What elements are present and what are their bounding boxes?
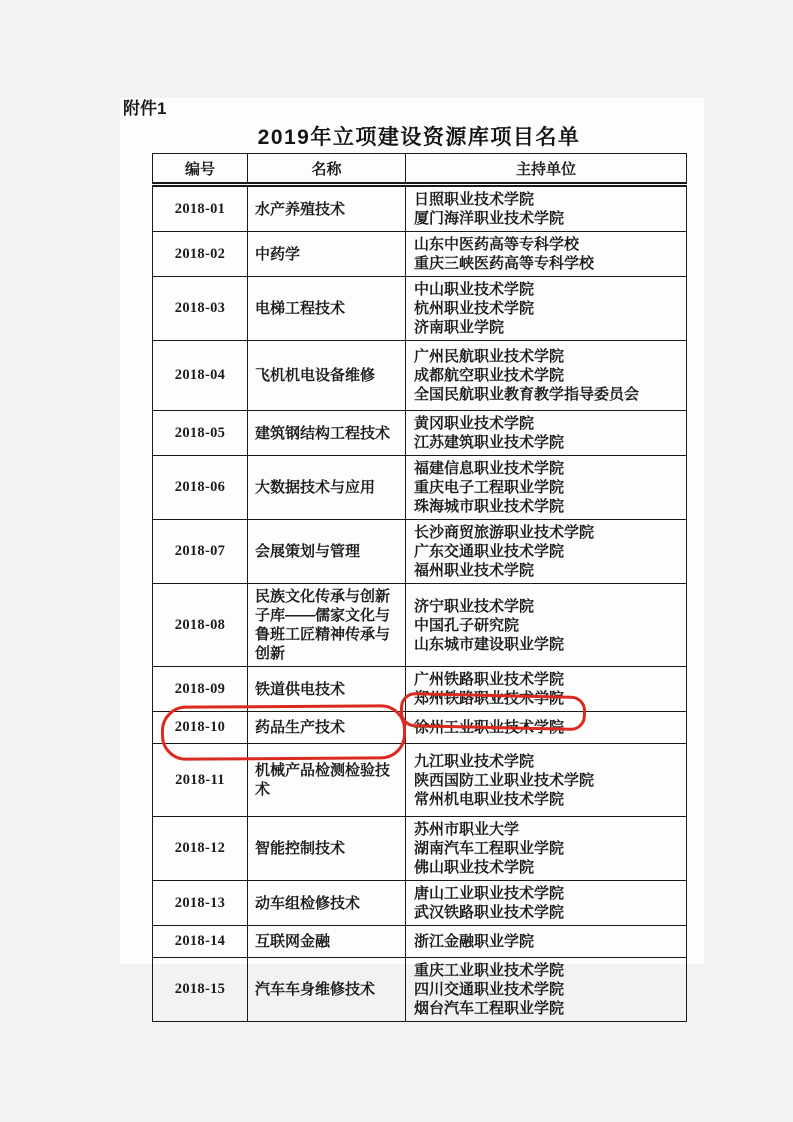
host-units: 长沙商贸旅游职业技术学院 广东交通职业技术学院 福州职业技术学院 <box>406 520 687 584</box>
document-page: 附件1 2019年立项建设资源库项目名单 编号 名称 主持单位 2018-01 … <box>120 98 704 964</box>
project-name: 飞机机电设备维修 <box>248 341 406 411</box>
host-units: 重庆工业职业技术学院 四川交通职业技术学院 烟台汽车工程职业学院 <box>406 958 687 1022</box>
project-name: 大数据技术与应用 <box>248 456 406 520</box>
project-name: 水产养殖技术 <box>248 185 406 232</box>
table-row: 2018-15 汽车车身维修技术 重庆工业职业技术学院 四川交通职业技术学院 烟… <box>153 958 687 1022</box>
scanned-document: 附件1 2019年立项建设资源库项目名单 编号 名称 主持单位 2018-01 … <box>0 0 793 1122</box>
host-units: 山东中医药高等专科学校 重庆三峡医药高等专科学校 <box>406 232 687 277</box>
table-row: 2018-10 药品生产技术 徐州工业职业技术学院 <box>153 712 687 744</box>
host-units: 中山职业技术学院 杭州职业技术学院 济南职业学院 <box>406 277 687 341</box>
table-row: 2018-12 智能控制技术 苏州市职业大学 湖南汽车工程职业学院 佛山职业技术… <box>153 817 687 881</box>
host-units: 广州铁路职业技术学院 郑州铁路职业技术学院 <box>406 667 687 712</box>
host-units: 九江职业技术学院 陕西国防工业职业技术学院 常州机电职业技术学院 <box>406 744 687 817</box>
table-row: 2018-03 电梯工程技术 中山职业技术学院 杭州职业技术学院 济南职业学院 <box>153 277 687 341</box>
project-id: 2018-04 <box>153 341 248 411</box>
project-id: 2018-02 <box>153 232 248 277</box>
table-row: 2018-14 互联网金融 浙江金融职业学院 <box>153 926 687 958</box>
host-units: 日照职业技术学院 厦门海洋职业技术学院 <box>406 185 687 232</box>
host-units: 广州民航职业技术学院 成都航空职业技术学院 全国民航职业教育教学指导委员会 <box>406 341 687 411</box>
project-name: 智能控制技术 <box>248 817 406 881</box>
project-id: 2018-15 <box>153 958 248 1022</box>
project-id: 2018-13 <box>153 881 248 926</box>
project-id: 2018-14 <box>153 926 248 958</box>
project-id: 2018-10 <box>153 712 248 744</box>
project-name: 互联网金融 <box>248 926 406 958</box>
project-id: 2018-01 <box>153 185 248 232</box>
project-id: 2018-03 <box>153 277 248 341</box>
document-title: 2019年立项建设资源库项目名单 <box>152 121 686 151</box>
table-row: 2018-08 民族文化传承与创新子库——儒家文化与鲁班工匠精神传承与创新 济宁… <box>153 584 687 667</box>
host-units: 浙江金融职业学院 <box>406 926 687 958</box>
project-id: 2018-09 <box>153 667 248 712</box>
project-id: 2018-11 <box>153 744 248 817</box>
table-row: 2018-09 铁道供电技术 广州铁路职业技术学院 郑州铁路职业技术学院 <box>153 667 687 712</box>
host-units: 苏州市职业大学 湖南汽车工程职业学院 佛山职业技术学院 <box>406 817 687 881</box>
attachment-label: 附件1 <box>123 94 166 119</box>
table-row: 2018-04 飞机机电设备维修 广州民航职业技术学院 成都航空职业技术学院 全… <box>153 341 687 411</box>
project-id: 2018-08 <box>153 584 248 667</box>
project-name: 铁道供电技术 <box>248 667 406 712</box>
project-name: 电梯工程技术 <box>248 277 406 341</box>
project-name: 药品生产技术 <box>248 712 406 744</box>
project-name: 建筑钢结构工程技术 <box>248 411 406 456</box>
project-name: 会展策划与管理 <box>248 520 406 584</box>
table-row: 2018-07 会展策划与管理 长沙商贸旅游职业技术学院 广东交通职业技术学院 … <box>153 520 687 584</box>
project-table: 编号 名称 主持单位 2018-01 水产养殖技术 日照职业技术学院 厦门海洋职… <box>152 153 687 1022</box>
project-name: 汽车车身维修技术 <box>248 958 406 1022</box>
table-row: 2018-06 大数据技术与应用 福建信息职业技术学院 重庆电子工程职业学院 珠… <box>153 456 687 520</box>
host-units: 徐州工业职业技术学院 <box>406 712 687 744</box>
project-name: 机械产品检测检验技术 <box>248 744 406 817</box>
header-id: 编号 <box>153 154 248 185</box>
host-units: 济宁职业技术学院 中国孔子研究院 山东城市建设职业学院 <box>406 584 687 667</box>
host-units: 唐山工业职业技术学院 武汉铁路职业技术学院 <box>406 881 687 926</box>
project-id: 2018-05 <box>153 411 248 456</box>
host-units: 黄冈职业技术学院 江苏建筑职业技术学院 <box>406 411 687 456</box>
table-header-row: 编号 名称 主持单位 <box>153 154 687 185</box>
table-row-highlighted: 2018-11 机械产品检测检验技术 九江职业技术学院 陕西国防工业职业技术学院… <box>153 744 687 817</box>
header-name: 名称 <box>248 154 406 185</box>
host-units: 福建信息职业技术学院 重庆电子工程职业学院 珠海城市职业技术学院 <box>406 456 687 520</box>
project-id: 2018-06 <box>153 456 248 520</box>
project-name: 动车组检修技术 <box>248 881 406 926</box>
project-id: 2018-12 <box>153 817 248 881</box>
table-row: 2018-05 建筑钢结构工程技术 黄冈职业技术学院 江苏建筑职业技术学院 <box>153 411 687 456</box>
table-row: 2018-01 水产养殖技术 日照职业技术学院 厦门海洋职业技术学院 <box>153 185 687 232</box>
project-name: 中药学 <box>248 232 406 277</box>
table-row: 2018-02 中药学 山东中医药高等专科学校 重庆三峡医药高等专科学校 <box>153 232 687 277</box>
header-host-unit: 主持单位 <box>406 154 687 185</box>
project-name: 民族文化传承与创新子库——儒家文化与鲁班工匠精神传承与创新 <box>248 584 406 667</box>
project-id: 2018-07 <box>153 520 248 584</box>
table-row: 2018-13 动车组检修技术 唐山工业职业技术学院 武汉铁路职业技术学院 <box>153 881 687 926</box>
